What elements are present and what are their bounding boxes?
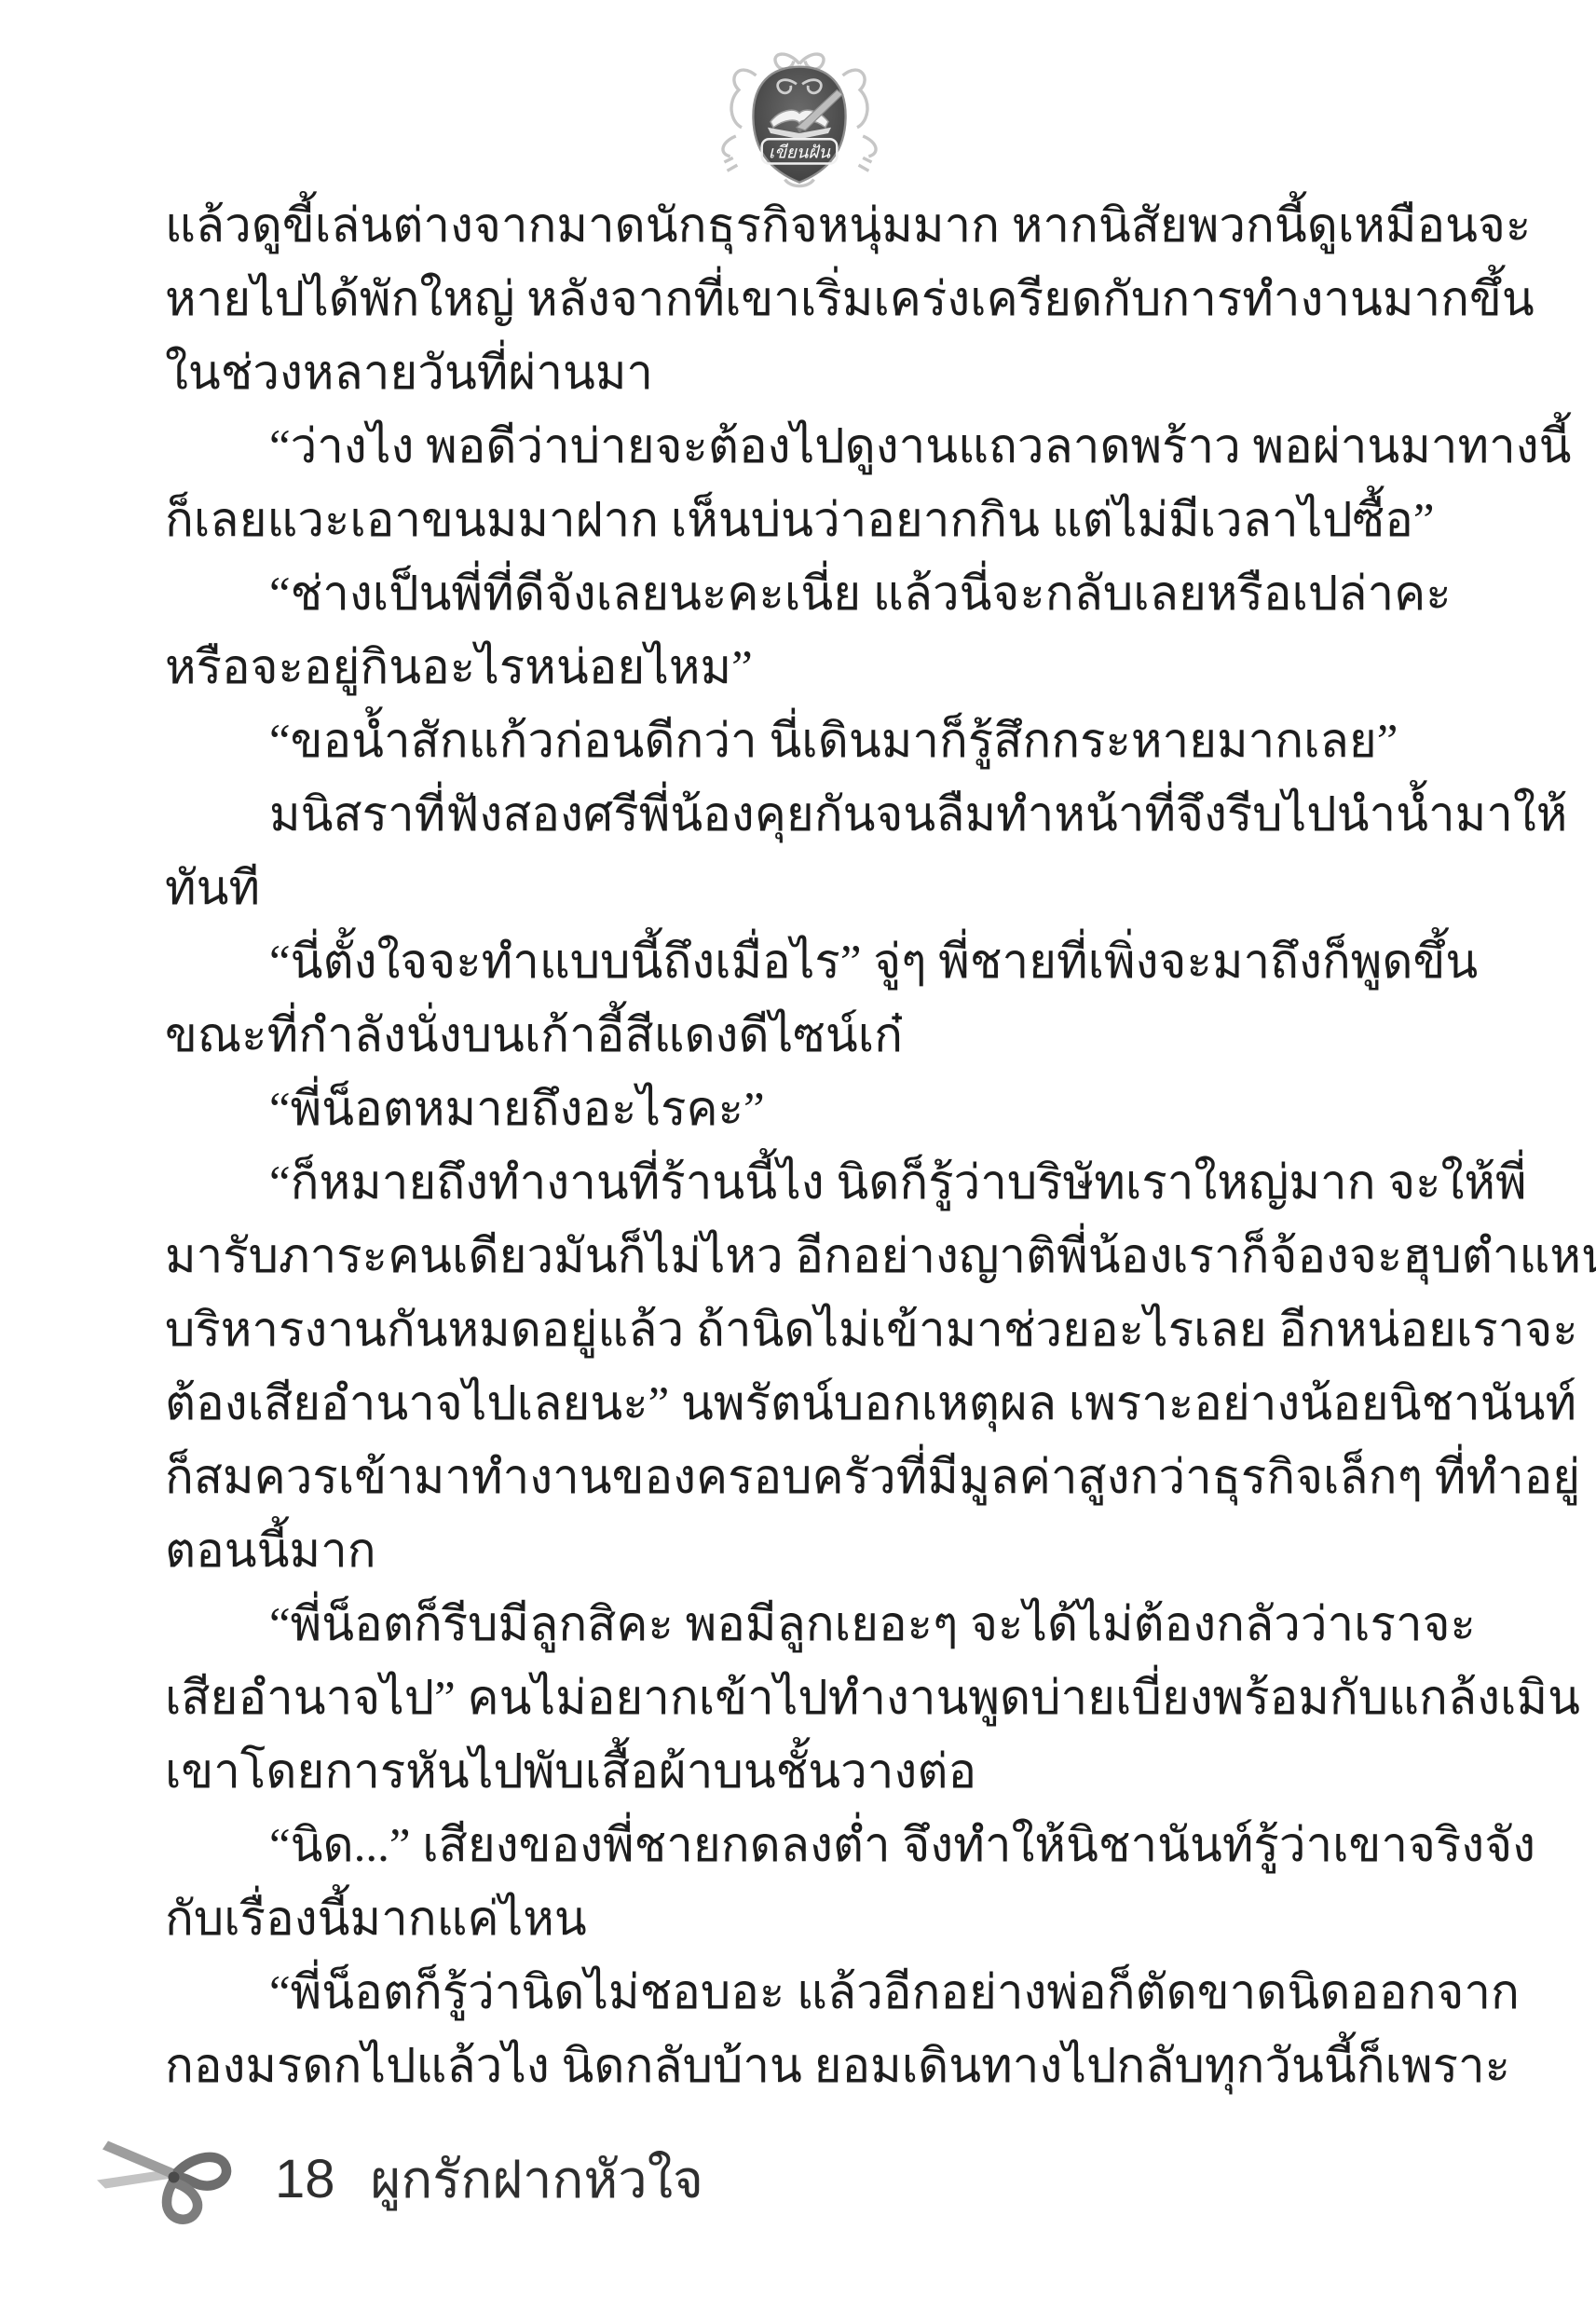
publisher-emblem-icon: เขียนฝัน [712, 47, 887, 191]
text-line: หรือจะอยู่กินอะไรหน่อยไหม” [165, 632, 1454, 705]
book-title: ผูกรักฝากหัวใจ [371, 2138, 703, 2221]
text-line: “นี่ตั้งใจจะทำแบบนี้ถึงเมื่อไร” จู่ๆ พี่… [165, 926, 1454, 1000]
body-text: แล้วดูขี้เล่นต่างจากมาดนักธุรกิจหนุ่มมาก… [165, 190, 1454, 2104]
text-line: ทันที [165, 853, 1454, 926]
text-line: “พี่น็อตก็รู้ว่านิดไม่ชอบอะ แล้วอีกอย่าง… [165, 1957, 1454, 2031]
text-line: ต้องเสียอำนาจไปเลยนะ” นพรัตน์บอกเหตุผล เ… [165, 1368, 1454, 1442]
text-line: มนิสราที่ฟังสองศรีพี่น้องคุยกันจนลืมทำหน… [165, 779, 1454, 853]
text-line: “ช่างเป็นพี่ที่ดีจังเลยนะคะเนี่ย แล้วนี่… [165, 558, 1454, 632]
text-line: กับเรื่องนี้มากแค่ไหน [165, 1883, 1454, 1957]
text-line: “พี่น็อตหมายถึงอะไรคะ” [165, 1073, 1454, 1147]
text-line: ตอนนี้มาก [165, 1515, 1454, 1589]
page-number: 18 [275, 2148, 335, 2210]
text-line: “นิด...” เสียงของพี่ชายกดลงต่ำ จึงทำให้น… [165, 1810, 1454, 1883]
text-line: ในช่วงหลายวันที่ผ่านมา [165, 337, 1454, 411]
text-line: “ว่างไง พอดีว่าบ่ายจะต้องไปดูงานแถวลาดพร… [165, 411, 1454, 485]
text-line: ก็เลยแวะเอาขนมมาฝาก เห็นบ่นว่าอยากกิน แต… [165, 485, 1454, 558]
text-line: แล้วดูขี้เล่นต่างจากมาดนักธุรกิจหนุ่มมาก… [165, 190, 1454, 264]
book-page: { "logo": { "wordmark": "เขียนฝัน" }, "b… [0, 0, 1596, 2311]
text-line: หายไปได้พักใหญ่ หลังจากที่เขาเริ่มเคร่งเ… [165, 264, 1454, 337]
scissors-icon [91, 2132, 245, 2225]
text-line: ขณะที่กำลังนั่งบนเก้าอี้สีแดงดีไซน์เก๋ [165, 1000, 1454, 1073]
logo-wordmark: เขียนฝัน [769, 143, 832, 162]
text-line: เขาโดยการหันไปพับเสื้อผ้าบนชั้นวางต่อ [165, 1736, 1454, 1810]
text-line: มารับภาระคนเดียวมันก็ไม่ไหว อีกอย่างญาติ… [165, 1221, 1454, 1294]
text-line: “ก็หมายถึงทำงานที่ร้านนี้ไง นิดก็รู้ว่าบ… [165, 1147, 1454, 1221]
text-line: “ขอน้ำสักแก้วก่อนดีกว่า นี่เดินมาก็รู้สึ… [165, 705, 1454, 779]
text-line: บริหารงานกันหมดอยู่แล้ว ถ้านิดไม่เข้ามาช… [165, 1294, 1454, 1368]
text-line: กองมรดกไปแล้วไง นิดกลับบ้าน ยอมเดินทางไป… [165, 2031, 1454, 2104]
text-line: “พี่น็อตก็รีบมีลูกสิคะ พอมีลูกเยอะๆ จะได… [165, 1589, 1454, 1662]
page-footer: 18 ผูกรักฝากหัวใจ [91, 2132, 703, 2225]
publisher-logo: เขียนฝัน [712, 47, 887, 191]
text-line: ก็สมควรเข้ามาทำงานของครอบครัวที่มีมูลค่า… [165, 1442, 1454, 1515]
text-line: เสียอำนาจไป” คนไม่อยากเข้าไปทำงานพูดบ่าย… [165, 1662, 1454, 1736]
